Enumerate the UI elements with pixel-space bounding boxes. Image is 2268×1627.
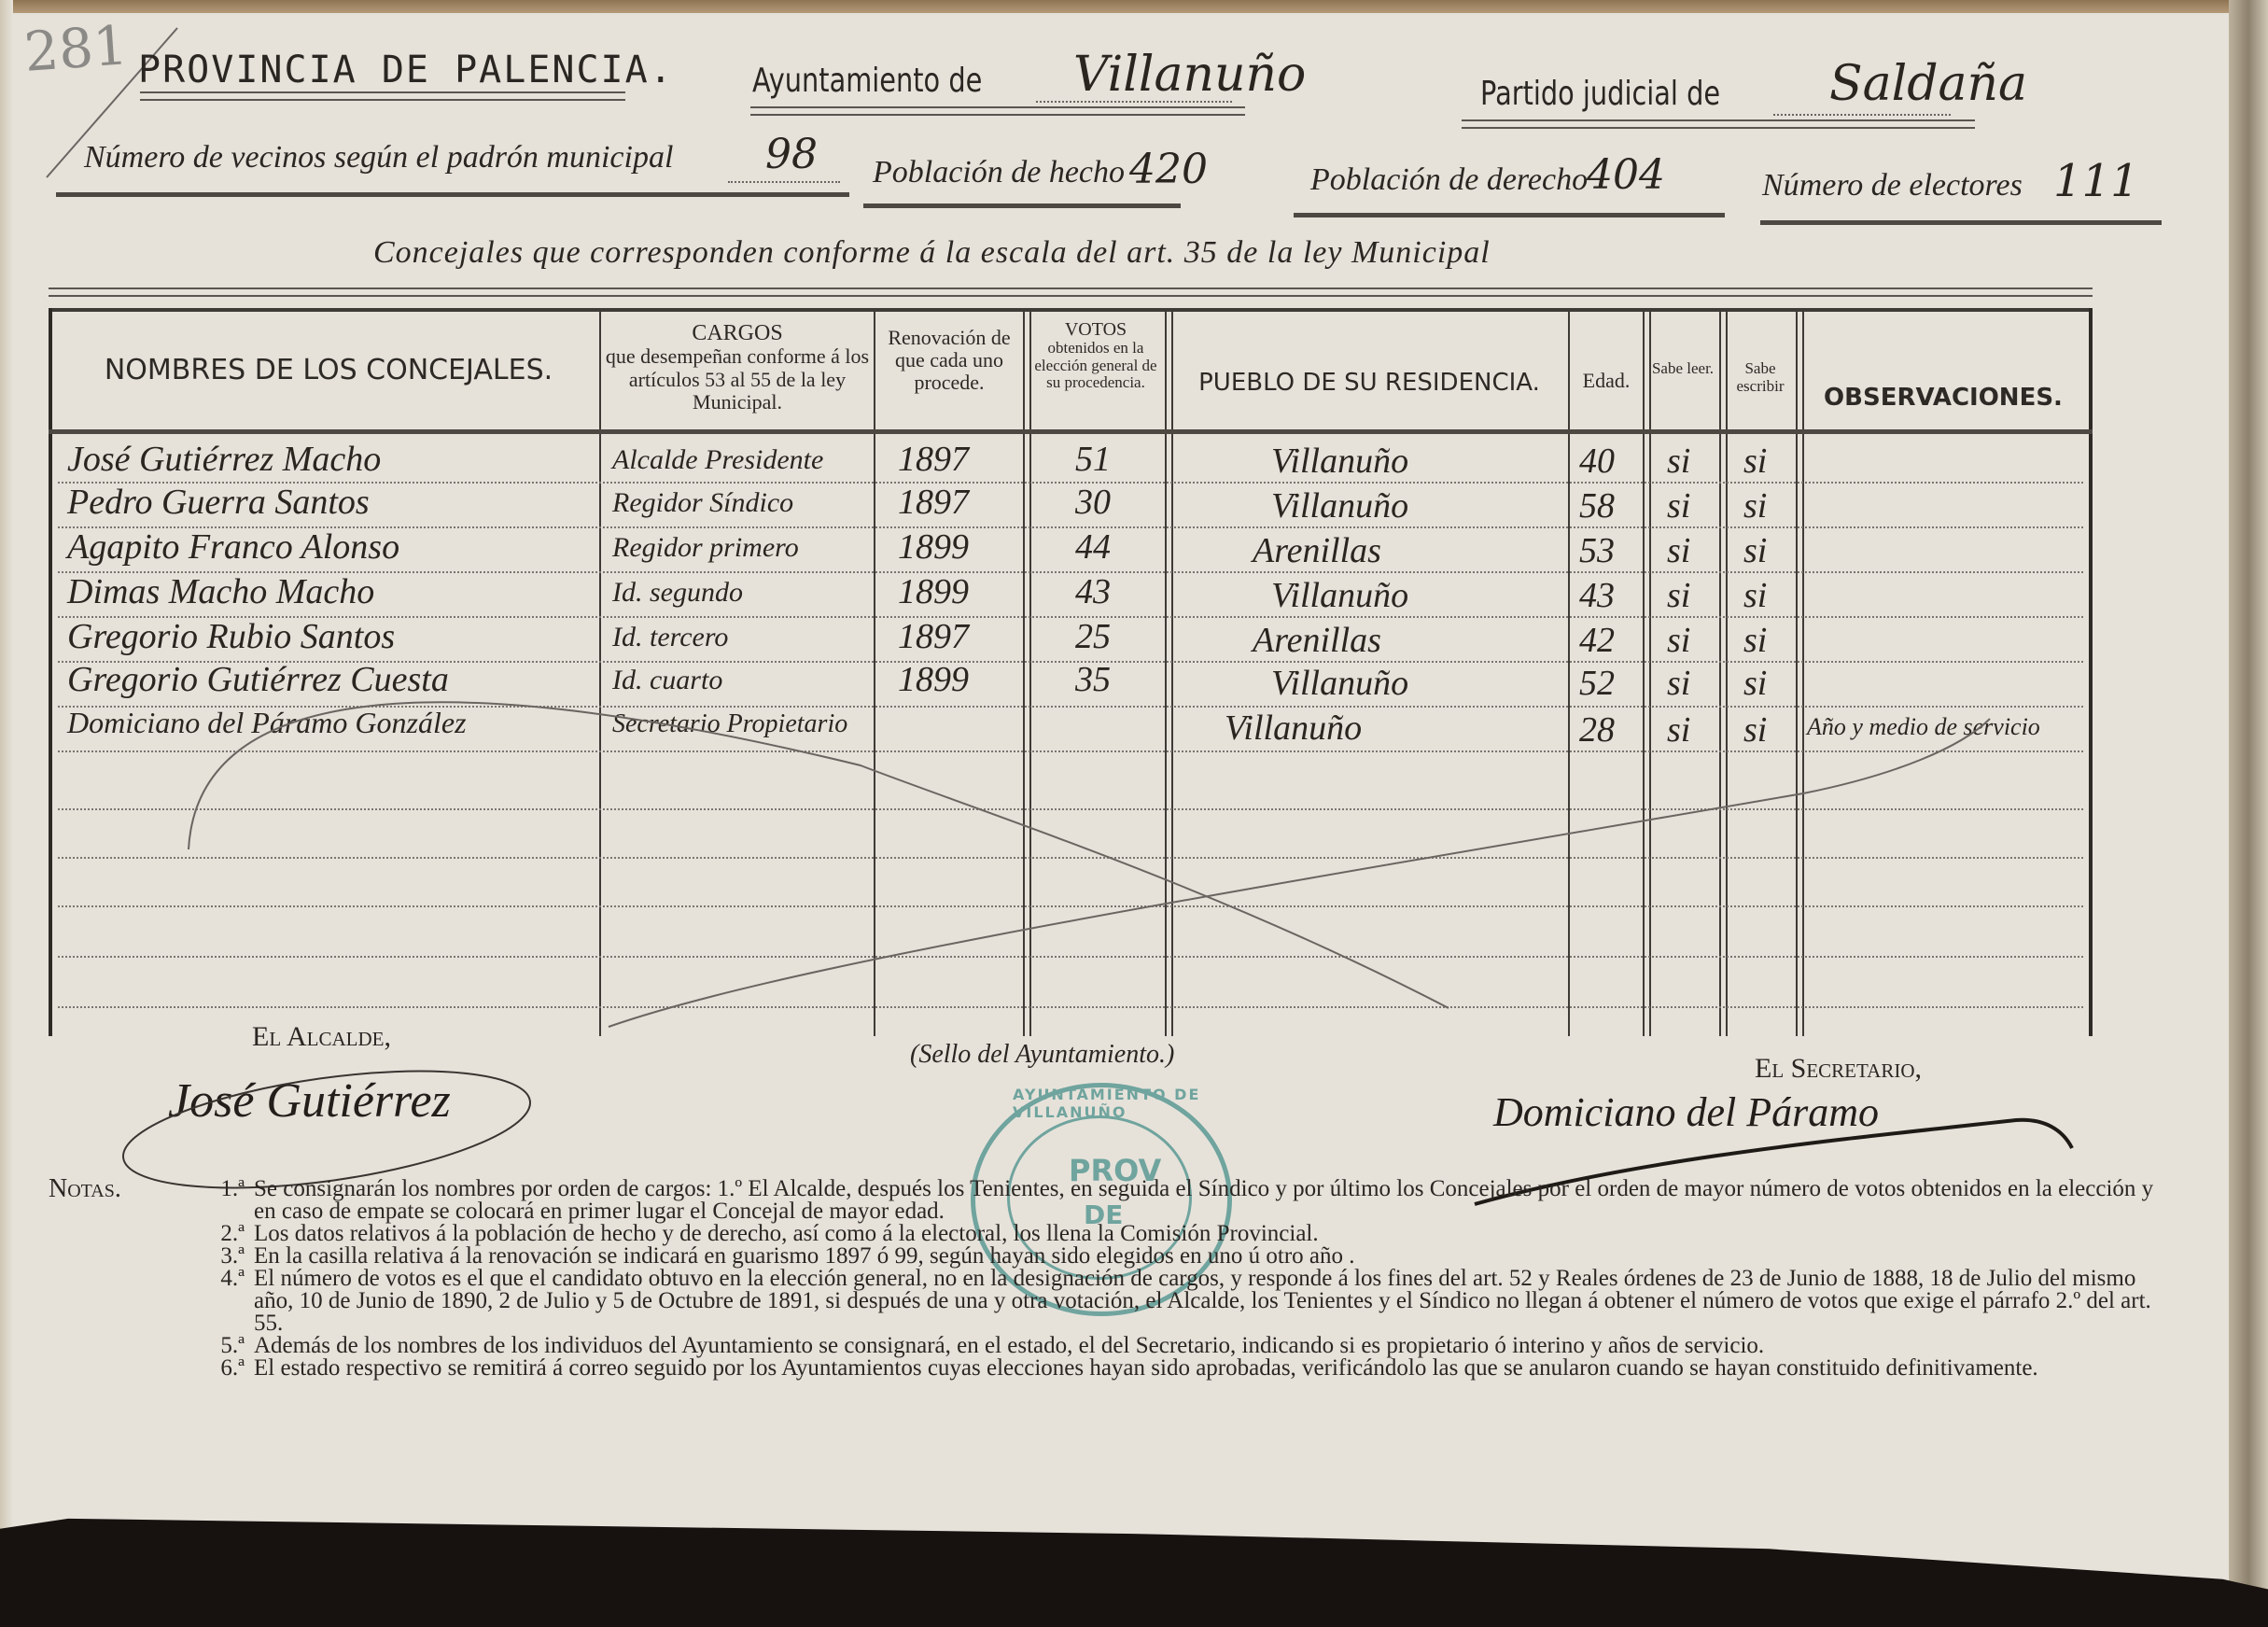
note-item: 5.ª Además de los nombres de los individ… bbox=[49, 1335, 2158, 1357]
note-number: 5.ª bbox=[207, 1335, 254, 1357]
derecho-underline bbox=[1294, 213, 1725, 217]
book-shadow bbox=[0, 1501, 2268, 1627]
ayuntamiento-value: Villanuño bbox=[1073, 47, 1306, 103]
electores-underline bbox=[1760, 220, 2162, 225]
ayuntamiento-label: Ayuntamiento de bbox=[752, 62, 982, 100]
electores-value: 111 bbox=[2053, 155, 2139, 207]
partido-value: Saldaña bbox=[1829, 56, 2027, 112]
note-item: Notas. 1.ª Se consignarán los nombres po… bbox=[49, 1178, 2158, 1223]
hecho-value: 420 bbox=[1129, 146, 1208, 193]
book-top-edge bbox=[0, 0, 2268, 13]
book-page-stack-edge bbox=[2229, 0, 2268, 1627]
hecho-underline bbox=[863, 203, 1181, 208]
note-item: 4.ª El número de votos es el que el cand… bbox=[49, 1268, 2158, 1335]
derecho-value: 404 bbox=[1587, 151, 1665, 199]
seal-text-outer: AYUNTAMIENTO DE VILLANUÑO bbox=[1013, 1086, 1227, 1121]
title-underline bbox=[140, 91, 625, 101]
vecinos-label: Número de vecinos según el padrón munici… bbox=[84, 140, 673, 175]
note-text: El estado respectivo se remitirá á corre… bbox=[254, 1357, 2158, 1380]
note-number: 3.ª bbox=[207, 1245, 254, 1268]
derecho-label: Población de derecho bbox=[1310, 162, 1588, 198]
document-page: 281 PROVINCIA DE PALENCIA. Ayuntamiento … bbox=[0, 0, 2268, 1627]
note-text: Se consignarán los nombres por orden de … bbox=[254, 1178, 2158, 1223]
notes-label: Notas. bbox=[49, 1178, 207, 1223]
note-spacer bbox=[49, 1268, 207, 1335]
sello-label: (Sello del Ayuntamiento.) bbox=[910, 1040, 1174, 1070]
ayuntamiento-dots bbox=[1036, 101, 1232, 103]
note-spacer bbox=[49, 1245, 207, 1268]
note-text: El número de votos es el que el candidat… bbox=[254, 1268, 2158, 1335]
note-text: Los datos relativos á la población de he… bbox=[254, 1223, 2158, 1245]
note-spacer bbox=[49, 1335, 207, 1357]
vecinos-value: 98 bbox=[765, 131, 818, 178]
alcalde-signature-flourish bbox=[93, 1045, 579, 1195]
province-title: PROVINCIA DE PALENCIA. bbox=[138, 49, 674, 91]
vecinos-underline bbox=[56, 192, 849, 197]
note-item: 2.ª Los datos relativos á la población d… bbox=[49, 1223, 2158, 1245]
partido-dots bbox=[1773, 114, 1951, 116]
note-number: 1.ª bbox=[207, 1178, 254, 1223]
note-number: 4.ª bbox=[207, 1268, 254, 1335]
concejales-underline bbox=[49, 288, 2093, 297]
note-text: Además de los nombres de los individuos … bbox=[254, 1335, 2158, 1357]
note-spacer bbox=[49, 1357, 207, 1380]
note-number: 2.ª bbox=[207, 1223, 254, 1245]
vecinos-dots bbox=[728, 181, 840, 183]
electores-label: Número de electores bbox=[1762, 168, 2023, 203]
partido-underline bbox=[1462, 119, 1975, 129]
hecho-label: Población de hecho bbox=[873, 155, 1125, 190]
note-number: 6.ª bbox=[207, 1357, 254, 1380]
partido-label: Partido judicial de bbox=[1480, 75, 1720, 113]
cancellation-strokes bbox=[49, 308, 2093, 1036]
secretario-label: El Secretario, bbox=[1755, 1053, 1922, 1085]
note-item: 3.ª En la casilla relativa á la renovaci… bbox=[49, 1245, 2158, 1268]
note-spacer bbox=[49, 1223, 207, 1245]
concejales-table: NOMBRES DE LOS CONCEJALES. CARGOS que de… bbox=[49, 308, 2093, 1036]
ayuntamiento-underline bbox=[750, 106, 1245, 116]
notes-section: Notas. 1.ª Se consignarán los nombres po… bbox=[49, 1178, 2158, 1380]
concejales-scale-line: Concejales que corresponden conforme á l… bbox=[373, 235, 1491, 271]
note-text: En la casilla relativa á la renovación s… bbox=[254, 1245, 2158, 1268]
note-item: 6.ª El estado respectivo se remitirá á c… bbox=[49, 1357, 2158, 1380]
book-gutter bbox=[0, 0, 13, 1627]
